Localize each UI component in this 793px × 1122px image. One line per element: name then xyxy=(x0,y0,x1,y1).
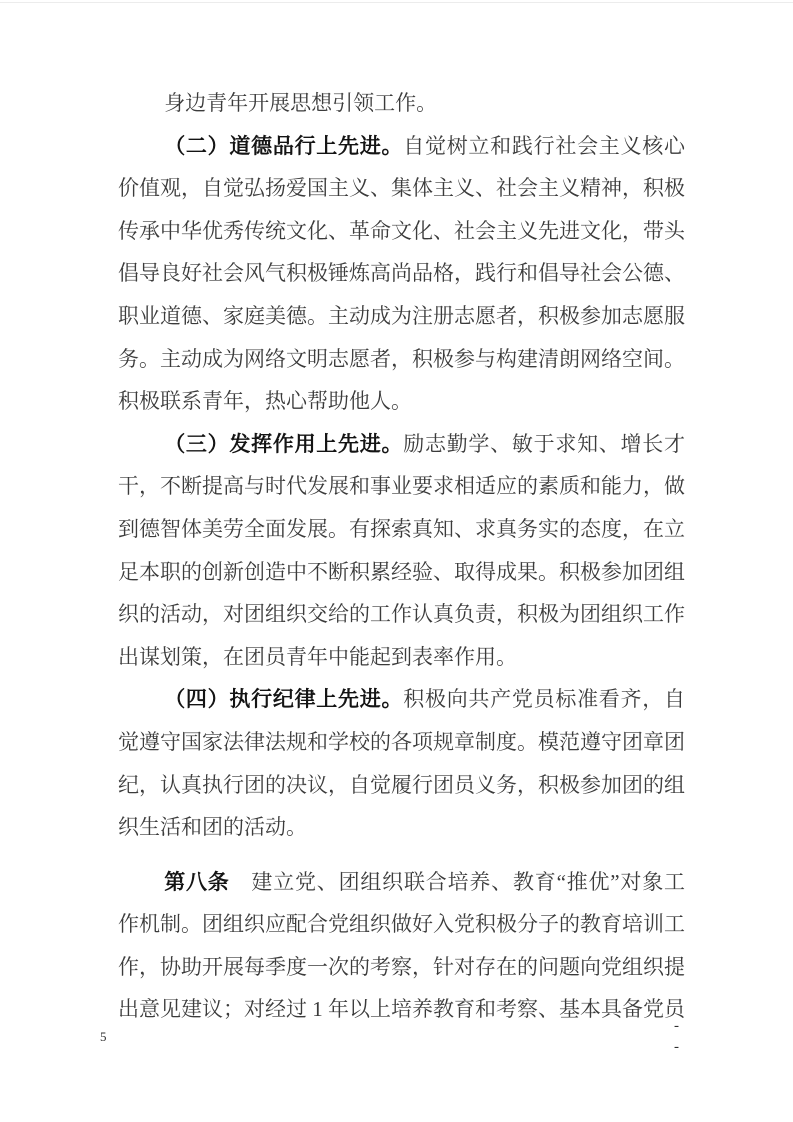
page-number: 5 xyxy=(100,1028,107,1046)
margin-marks: -- xyxy=(674,1016,690,1057)
paragraph-text-run: 励志勤学、敏于求知、增长才干，不断提高与时代发展和事业要求相适应的素质和能力，做… xyxy=(118,432,685,669)
document-body: 身边青年开展思想引领工作。（二）道德品行上先进。自觉树立和践行社会主义核心价值观… xyxy=(118,82,685,1031)
paragraph: 身边青年开展思想引领工作。 xyxy=(118,82,685,125)
paragraph: （四）执行纪律上先进。积极向共产党员标准看齐，自觉遵守国家法律法规和学校的各项规… xyxy=(118,678,685,848)
margin-dash: - xyxy=(674,1037,679,1058)
paragraph-heading-run: （二）道德品行上先进。 xyxy=(164,134,403,158)
paragraph: （三）发挥作用上先进。励志勤学、敏于求知、增长才干，不断提高与时代发展和事业要求… xyxy=(118,423,685,679)
paragraph: 第八条 建立党、团组织联合培养、教育“推优”对象工作机制。团组织应配合党组织做好… xyxy=(118,861,685,1031)
page-top-edge-line xyxy=(0,2,793,3)
paragraph-heading-run: （四）执行纪律上先进。 xyxy=(164,687,403,711)
margin-dash: - xyxy=(674,1016,679,1037)
paragraph-text-run: 身边青年开展思想引领工作。 xyxy=(164,91,437,115)
paragraph-heading-run: 第八条 xyxy=(164,870,229,894)
document-page: 身边青年开展思想引领工作。（二）道德品行上先进。自觉树立和践行社会主义核心价值观… xyxy=(0,0,793,1122)
paragraph: （二）道德品行上先进。自觉树立和践行社会主义核心价值观，自觉弘扬爱国主义、集体主… xyxy=(118,125,685,423)
paragraph-heading-run: （三）发挥作用上先进。 xyxy=(164,432,403,456)
paragraph-text-run: 自觉树立和践行社会主义核心价值观，自觉弘扬爱国主义、集体主义、社会主义精神，积极… xyxy=(118,134,685,414)
